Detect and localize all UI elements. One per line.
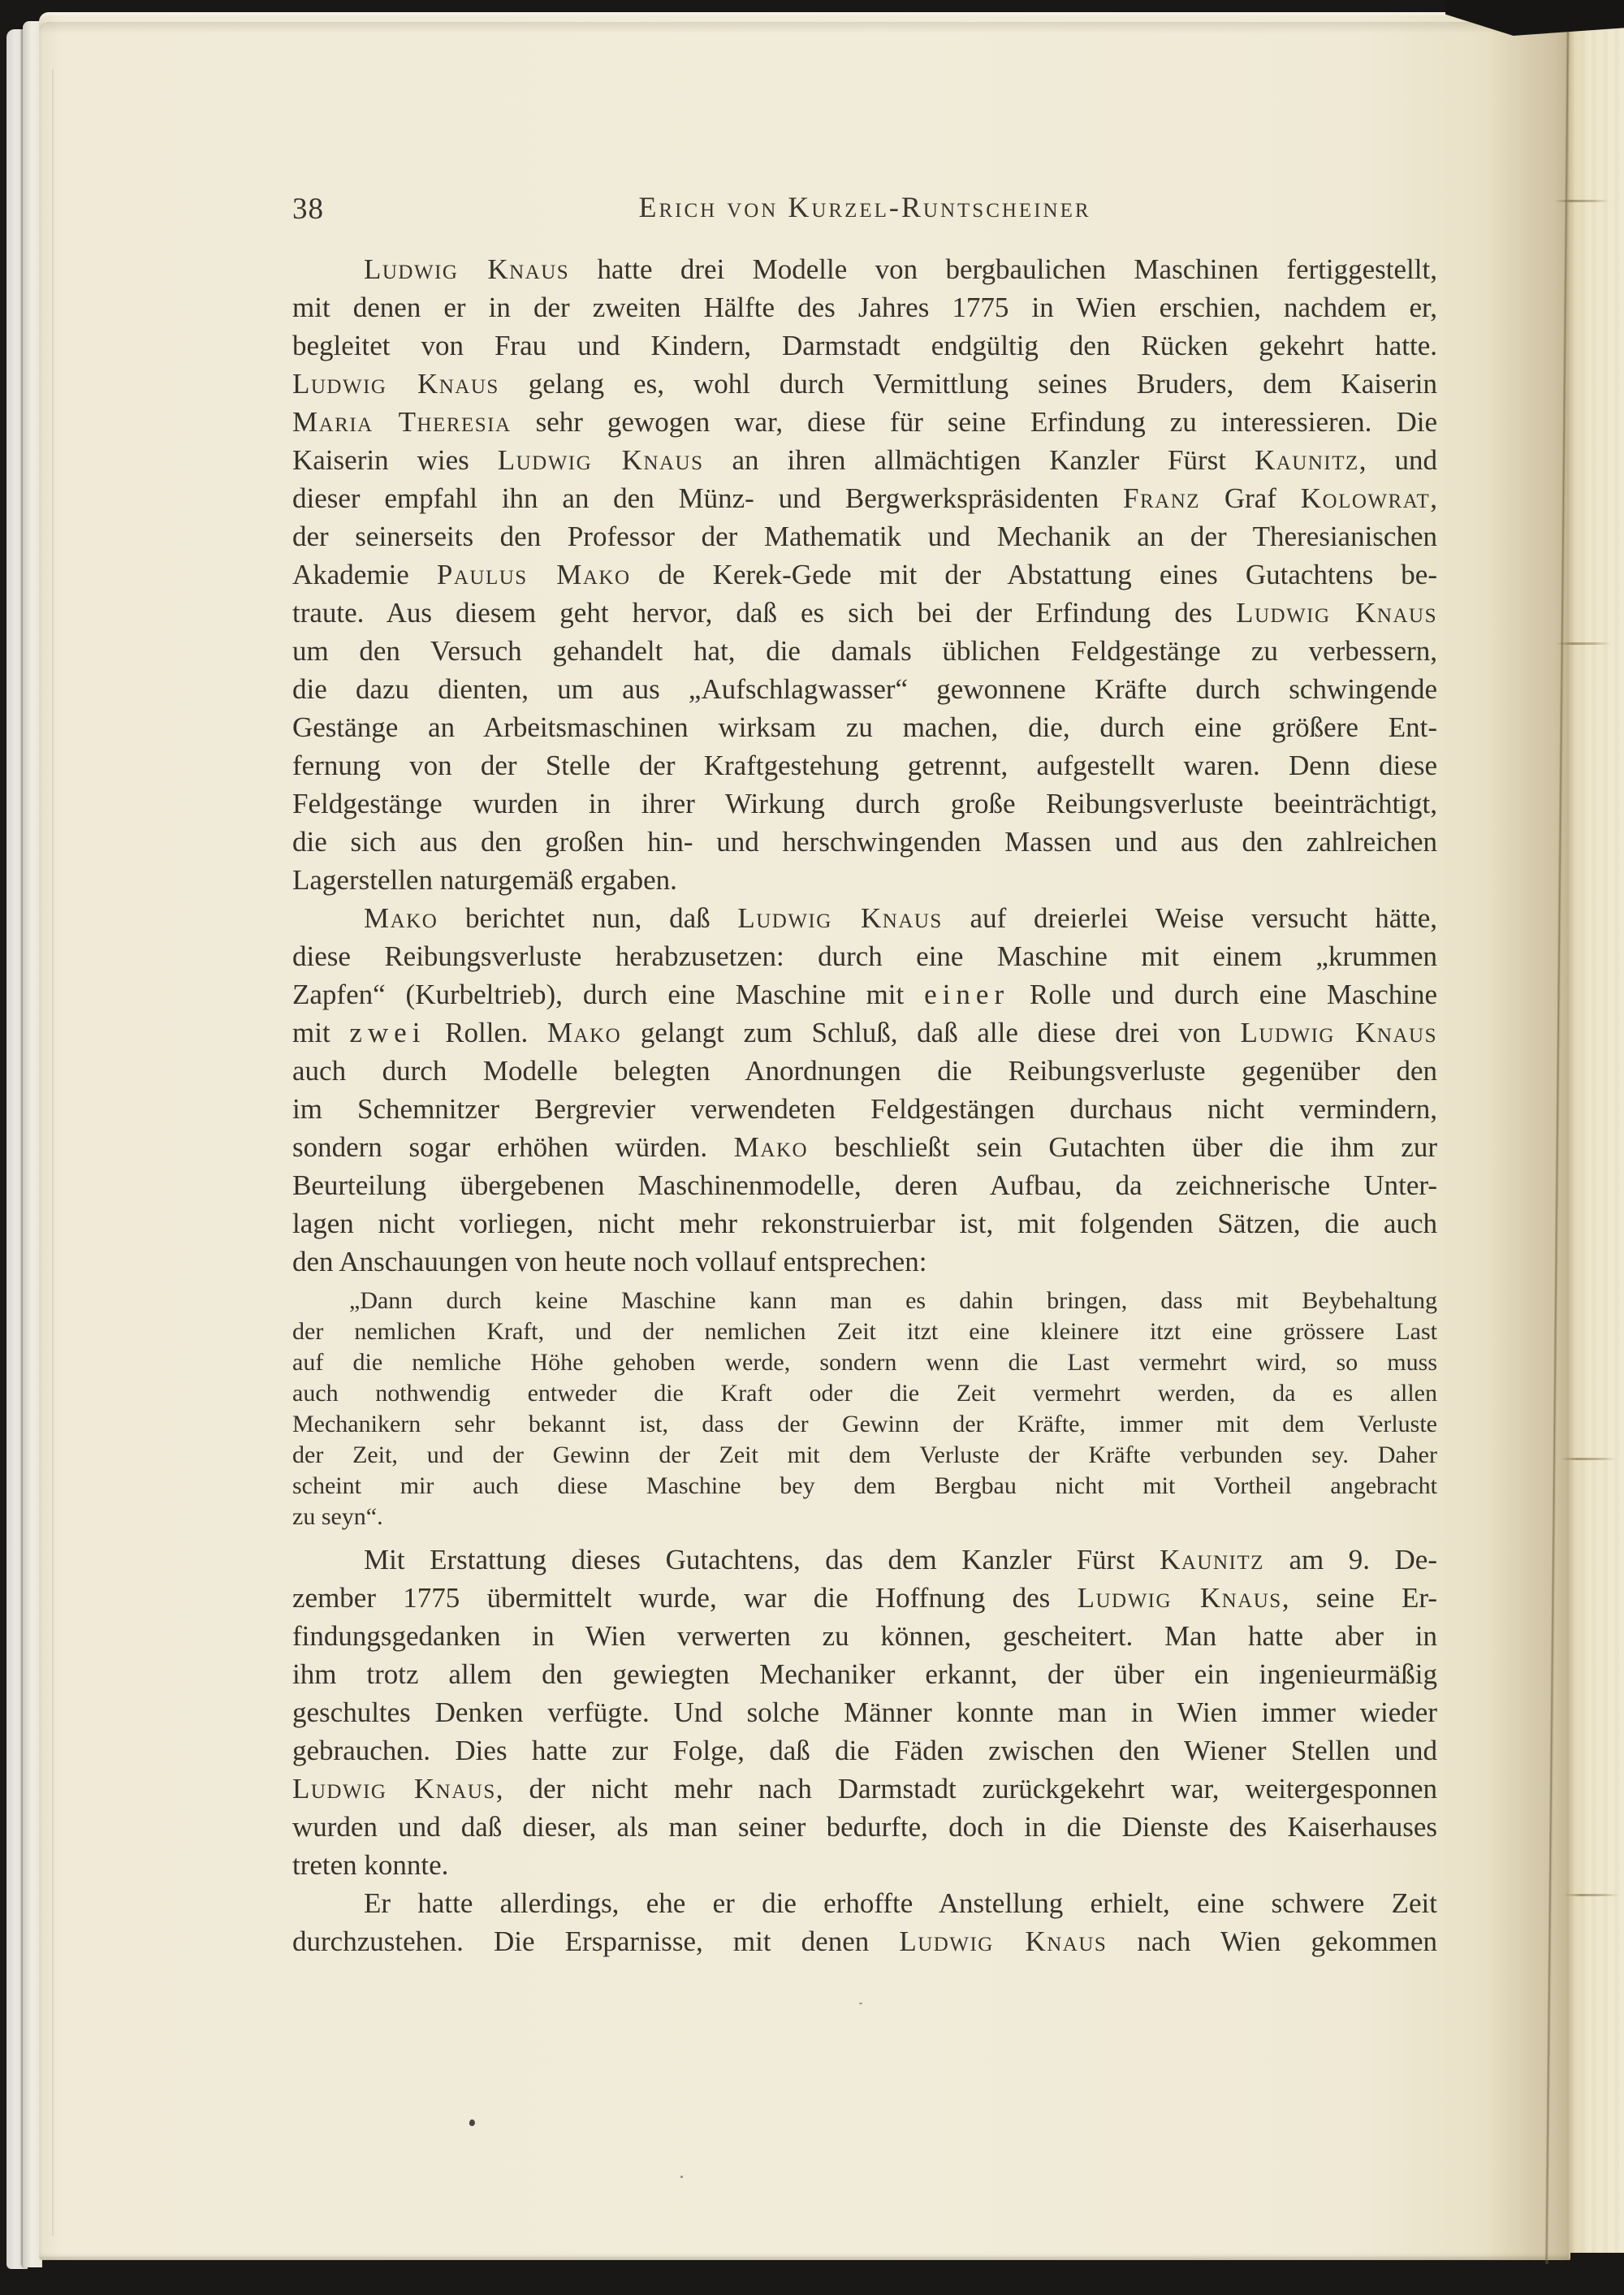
text-line: zu seyn“. xyxy=(292,1502,1437,1532)
text-segment: , xyxy=(1430,482,1437,514)
text-segment: mit xyxy=(292,1017,349,1048)
text-segment: diese Reibungsverluste herabzusetzen: du… xyxy=(292,940,1437,972)
text-segment: geschultes Denken verfügte. Und solche M… xyxy=(292,1696,1437,1728)
paragraph: Mit Erstattung dieses Gutachtens, das de… xyxy=(292,1541,1437,1884)
small-caps-name: Ludwig Knaus xyxy=(1240,1017,1437,1048)
text-segment: Zapfen“ (Kurbeltrieb), durch eine Maschi… xyxy=(292,979,924,1010)
text-segment: findungsgedanken in Wien verwerten zu kö… xyxy=(292,1620,1437,1652)
text-line: fernung von der Stelle der Kraftgestehun… xyxy=(292,746,1437,784)
text-segment: Feldgestänge wurden in ihrer Wirkung dur… xyxy=(292,788,1437,819)
text-body: Ludwig Knaus hatte drei Modelle von berg… xyxy=(292,250,1437,1960)
text-segment: , der nicht mehr nach Darmstadt zurückge… xyxy=(496,1773,1437,1804)
text-line: geschultes Denken verfügte. Und solche M… xyxy=(292,1693,1437,1731)
text-line: Mechanikern sehr bekannt ist, dass der G… xyxy=(292,1409,1437,1440)
text-line: Ludwig Knaus gelang es, wohl durch Vermi… xyxy=(292,365,1437,403)
text-line: gebrauchen. Dies hatte zur Folge, daß di… xyxy=(292,1731,1437,1770)
text-segment: Lagerstellen naturgemäß ergaben. xyxy=(292,864,677,896)
text-segment: ihm trotz allem den gewiegten Mechaniker… xyxy=(292,1658,1437,1690)
text-segment: auch nothwendig entweder die Kraft oder … xyxy=(292,1380,1437,1407)
text-segment: am 9. De- xyxy=(1264,1544,1437,1575)
gutter-crease xyxy=(1556,642,1611,645)
text-line: treten konnte. xyxy=(292,1846,1437,1884)
text-line: Kaiserin wies Ludwig Knaus an ihren allm… xyxy=(292,441,1437,479)
text-line: die sich aus den großen hin- und herschw… xyxy=(292,823,1437,861)
text-segment: die sich aus den großen hin- und herschw… xyxy=(292,826,1437,858)
text-segment: Kaiserin wies xyxy=(292,444,498,476)
text-segment: nach Wien gekommen xyxy=(1107,1925,1437,1957)
text-line: sondern sogar erhöhen würden. Mako besch… xyxy=(292,1128,1437,1166)
small-caps-name: Mako xyxy=(547,1017,621,1048)
text-segment: zember 1775 übermittelt wurde, war die H… xyxy=(292,1582,1078,1614)
running-header: Erich von Kurzel-Runtscheiner xyxy=(292,190,1437,224)
text-line: Maria Theresia sehr gewogen war, diese f… xyxy=(292,403,1437,441)
text-segment: durchzustehen. Die Ersparnisse, mit dene… xyxy=(292,1925,899,1957)
small-caps-name: Ludwig Knaus xyxy=(1236,597,1437,629)
text-segment: lagen nicht vorliegen, nicht mehr rekons… xyxy=(292,1208,1437,1239)
text-line: „Dann durch keine Maschine kann man es d… xyxy=(292,1286,1437,1316)
text-line: scheint mir auch diese Maschine bey dem … xyxy=(292,1471,1437,1502)
text-segment: zu seyn“. xyxy=(292,1503,383,1530)
small-caps-name: Ludwig Knaus xyxy=(1078,1582,1282,1614)
text-segment: sondern sogar erhöhen würden. xyxy=(292,1131,734,1163)
text-line: mit zwei Rollen. Mako gelangt zum Schluß… xyxy=(292,1014,1437,1052)
text-segment: hatte drei Modelle von bergbaulichen Mas… xyxy=(569,253,1437,285)
text-line: mit denen er in der zweiten Hälfte des J… xyxy=(292,288,1437,326)
text-line: zember 1775 übermittelt wurde, war die H… xyxy=(292,1579,1437,1617)
text-line: Gestänge an Arbeitsmaschinen wirksam zu … xyxy=(292,708,1437,746)
text-line: der Zeit, und der Gewinn der Zeit mit de… xyxy=(292,1440,1437,1471)
text-line: Feldgestänge wurden in ihrer Wirkung dur… xyxy=(292,784,1437,823)
text-line: Lagerstellen naturgemäß ergaben. xyxy=(292,861,1437,899)
gutter-crease xyxy=(1561,1458,1616,1460)
gutter-crease xyxy=(1564,1894,1619,1896)
text-segment: der Zeit, und der Gewinn der Zeit mit de… xyxy=(292,1441,1437,1468)
text-segment: Gestänge an Arbeitsmaschinen wirksam zu … xyxy=(292,711,1437,743)
text-segment: Graf xyxy=(1200,482,1301,514)
small-caps-name: Kaunitz xyxy=(1160,1544,1264,1575)
small-caps-name: Franz xyxy=(1123,482,1200,514)
text-line: traute. Aus diesem geht hervor, daß es s… xyxy=(292,594,1437,632)
text-line: um den Versuch gehandelt hat, die damals… xyxy=(292,632,1437,670)
page-header: 38 Erich von Kurzel-Runtscheiner xyxy=(292,190,1437,226)
text-line: auch durch Modelle belegten Anordnungen … xyxy=(292,1052,1437,1090)
book-scan: 38 Erich von Kurzel-Runtscheiner Ludwig … xyxy=(0,0,1624,2295)
paper-speck xyxy=(680,2176,683,2178)
text-line: Zapfen“ (Kurbeltrieb), durch eine Maschi… xyxy=(292,975,1437,1014)
text-segment: treten konnte. xyxy=(292,1849,448,1881)
text-segment: traute. Aus diesem geht hervor, daß es s… xyxy=(292,597,1236,629)
text-segment: Mit Erstattung dieses Gutachtens, das de… xyxy=(364,1544,1160,1575)
text-segment: einer xyxy=(924,979,1009,1010)
text-segment: gebrauchen. Dies hatte zur Folge, daß di… xyxy=(292,1735,1437,1766)
text-segment: der nemlichen Kraft, und der nemlichen Z… xyxy=(292,1318,1437,1345)
text-segment: die dazu dienten, um aus „Aufschlagwasse… xyxy=(292,673,1437,705)
text-segment: wurden und daß dieser, als man seiner be… xyxy=(292,1811,1437,1843)
text-line: Ludwig Knaus hatte drei Modelle von berg… xyxy=(292,250,1437,288)
text-segment: gelangt zum Schluß, daß alle diese drei … xyxy=(621,1017,1240,1048)
text-segment: dieser empfahl ihn an den Münz- und Berg… xyxy=(292,482,1123,514)
text-segment: gelang es, wohl durch Vermittlung seines… xyxy=(499,368,1437,400)
paragraph: Mako berichtet nun, daß Ludwig Knaus auf… xyxy=(292,899,1437,1281)
text-line: lagen nicht vorliegen, nicht mehr rekons… xyxy=(292,1204,1437,1243)
text-segment: auf dreierlei Weise versucht hätte, xyxy=(943,902,1437,934)
facing-page-edge xyxy=(1569,21,1624,2253)
text-line: Mako berichtet nun, daß Ludwig Knaus auf… xyxy=(292,899,1437,937)
text-segment: auf die nemliche Höhe gehoben werde, son… xyxy=(292,1349,1437,1376)
text-line: dieser empfahl ihn an den Münz- und Berg… xyxy=(292,479,1437,517)
text-segment: , seine Er- xyxy=(1282,1582,1437,1614)
text-line: ihm trotz allem den gewiegten Mechaniker… xyxy=(292,1655,1437,1693)
text-segment: auch durch Modelle belegten Anordnungen … xyxy=(292,1055,1437,1087)
text-segment: um den Versuch gehandelt hat, die damals… xyxy=(292,635,1437,667)
small-caps-name: Ludwig Knaus xyxy=(737,902,943,934)
text-line: der nemlichen Kraft, und der nemlichen Z… xyxy=(292,1316,1437,1347)
text-segment: an ihren allmächtigen Kanzler Fürst xyxy=(704,444,1255,476)
text-line: Mit Erstattung dieses Gutachtens, das de… xyxy=(292,1541,1437,1579)
text-segment: der seinerseits den Professor der Mathem… xyxy=(292,521,1437,552)
text-line: der seinerseits den Professor der Mathem… xyxy=(292,517,1437,555)
text-segment: scheint mir auch diese Maschine bey dem … xyxy=(292,1472,1437,1499)
text-segment: de Kerek-Gede mit der Abstattung eines G… xyxy=(631,559,1438,590)
text-segment: fernung von der Stelle der Kraftgestehun… xyxy=(292,750,1437,781)
gutter-crease xyxy=(1554,200,1609,202)
text-line: durchzustehen. Die Ersparnisse, mit dene… xyxy=(292,1922,1437,1960)
text-line: auf die nemliche Höhe gehoben werde, son… xyxy=(292,1347,1437,1378)
text-segment: im Schemnitzer Bergrevier verwendeten Fe… xyxy=(292,1093,1437,1125)
small-caps-name: Ludwig Knaus xyxy=(292,1773,496,1804)
small-caps-name: Ludwig Knaus xyxy=(292,368,499,400)
text-line: im Schemnitzer Bergrevier verwendeten Fe… xyxy=(292,1090,1437,1128)
text-line: Beurteilung übergebenen Maschinenmodelle… xyxy=(292,1166,1437,1204)
paper-speck xyxy=(859,2003,862,2004)
text-segment: Akademie xyxy=(292,559,437,590)
text-segment: beschließt sein Gutachten über die ihm z… xyxy=(808,1131,1437,1163)
text-segment: den Anschauungen von heute noch vollauf … xyxy=(292,1246,926,1277)
text-segment: Er hatte allerdings, ehe er die erhoffte… xyxy=(364,1887,1437,1919)
text-line: begleitet von Frau und Kindern, Darmstad… xyxy=(292,326,1437,365)
small-caps-name: Kolowrat xyxy=(1301,482,1430,514)
paragraph: Er hatte allerdings, ehe er die erhoffte… xyxy=(292,1884,1437,1960)
text-line: auch nothwendig entweder die Kraft oder … xyxy=(292,1378,1437,1409)
small-caps-name: Ludwig Knaus xyxy=(498,444,704,476)
small-caps-name: Paulus Mako xyxy=(437,559,631,590)
text-segment: Mechanikern sehr bekannt ist, dass der G… xyxy=(292,1411,1437,1437)
paragraph: Ludwig Knaus hatte drei Modelle von berg… xyxy=(292,250,1437,899)
small-caps-name: Maria Theresia xyxy=(292,406,512,438)
text-segment: begleitet von Frau und Kindern, Darmstad… xyxy=(292,330,1437,361)
small-caps-name: Mako xyxy=(364,902,438,934)
text-segment: „Dann durch keine Maschine kann man es d… xyxy=(349,1287,1437,1314)
text-line: wurden und daß dieser, als man seiner be… xyxy=(292,1808,1437,1846)
text-line: den Anschauungen von heute noch vollauf … xyxy=(292,1243,1437,1281)
text-line: findungsgedanken in Wien verwerten zu kö… xyxy=(292,1617,1437,1655)
text-segment: Rollen. xyxy=(425,1017,546,1048)
text-line: Akademie Paulus Mako de Kerek-Gede mit d… xyxy=(292,555,1437,594)
text-segment: , und xyxy=(1359,444,1437,476)
small-caps-name: Ludwig Knaus xyxy=(364,253,569,285)
small-caps-name: Mako xyxy=(734,1131,808,1163)
text-line: diese Reibungsverluste herabzusetzen: du… xyxy=(292,937,1437,975)
quote-block: „Dann durch keine Maschine kann man es d… xyxy=(292,1286,1437,1532)
small-caps-name: Kaunitz xyxy=(1255,444,1359,476)
text-segment: Beurteilung übergebenen Maschinenmodelle… xyxy=(292,1169,1437,1201)
text-segment: mit denen er in der zweiten Hälfte des J… xyxy=(292,292,1437,323)
text-line: die dazu dienten, um aus „Aufschlagwasse… xyxy=(292,670,1437,708)
text-segment: zwei xyxy=(349,1017,425,1048)
text-line: Ludwig Knaus, der nicht mehr nach Darmst… xyxy=(292,1770,1437,1808)
text-segment: sehr gewogen war, diese für seine Erfind… xyxy=(512,406,1437,438)
small-caps-name: Ludwig Knaus xyxy=(899,1925,1107,1957)
text-line: Er hatte allerdings, ehe er die erhoffte… xyxy=(292,1884,1437,1922)
text-segment: Rolle und durch eine Maschine xyxy=(1009,979,1437,1010)
text-segment: berichtet nun, daß xyxy=(438,902,737,934)
